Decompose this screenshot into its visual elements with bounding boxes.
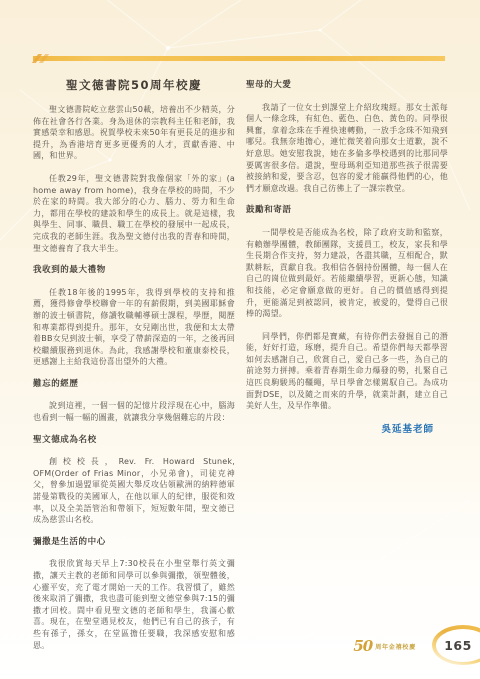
- section-heading: 難忘的經歷: [33, 379, 235, 391]
- section-heading: 我收到的最大禮物: [33, 265, 235, 277]
- article-body: 聖文德書院50周年校慶 聖文德書院屹立慈雲山50載，培養出不少精英，分佈在社會各…: [33, 74, 448, 662]
- section-heading: 鼓勵和寄語: [246, 205, 448, 217]
- paragraph: 聖文德書院屹立慈雲山50載，培養出不少精英，分佈在社會各行各業。身為退休的宗教科…: [33, 104, 235, 162]
- paragraph: 任教18年後的1995年，我得到學校的支持和推薦，獲得修會學校聯會一年的有薪假期…: [33, 287, 235, 368]
- section-heading: 聖文德成為名校: [33, 435, 235, 447]
- page-footer: 50周年金禧校慶 165: [320, 623, 480, 669]
- article-title: 聖文德書院50周年校慶: [33, 78, 235, 92]
- page-number: 165: [444, 638, 472, 653]
- page-number-badge: 165: [432, 625, 480, 665]
- left-column: 聖文德書院50周年校慶 聖文德書院屹立慈雲山50載，培養出不少精英，分佈在社會各…: [33, 74, 235, 662]
- document-page: 聖文德書院50周年校慶 聖文德書院屹立慈雲山50載，培養出不少精英，分佈在社會各…: [0, 0, 480, 679]
- paragraph: 我請了一位女士到課堂上介紹玫瑰經。那女士派每個人一條念珠，有紅色、藍色、白色、黃…: [246, 102, 448, 195]
- paragraph: 同學們，你們都是寶藏，有待你們去發掘自己的潛能，好好打造，琢磨，提升自己。希望你…: [246, 331, 448, 412]
- gold-divider-bar: [33, 56, 445, 61]
- paragraph: 創校校長，Rev. Fr. Howard Stunek, OFM(Order o…: [33, 456, 235, 526]
- author-signature: 吳延基老師: [246, 424, 434, 436]
- section-heading: 彌撒是生活的中心: [33, 537, 235, 549]
- jubilee-label: 周年金禧校慶: [375, 644, 416, 651]
- paragraph: 一間學校是否能成為名校，除了政府支助和監察，有賴辦學團體，教師團隊，支援員工，校…: [246, 227, 448, 320]
- paragraph: 說到這裡，一個一個的記憶片段浮現在心中，腦海也看到一幅一幅的圖畫，就讓我分享幾個…: [33, 400, 235, 423]
- section-heading: 聖母的大愛: [246, 80, 448, 92]
- right-column: 聖母的大愛 我請了一位女士到課堂上介紹玫瑰經。那女士派每個人一條念珠，有紅色、藍…: [246, 74, 448, 662]
- paragraph: 任教29年，聖文德書院對我像個家「外的家」(a home away from h…: [33, 173, 235, 254]
- page-number-oval: 165: [436, 629, 480, 662]
- jubilee-logo: 50周年金禧校慶: [353, 636, 416, 655]
- paragraph: 我很欣賞每天早上7:30校長在小聖堂舉行英文彌撒，讓天主教的老師和同學可以參與彌…: [33, 558, 235, 651]
- jubilee-50-numeral: 50: [353, 637, 372, 655]
